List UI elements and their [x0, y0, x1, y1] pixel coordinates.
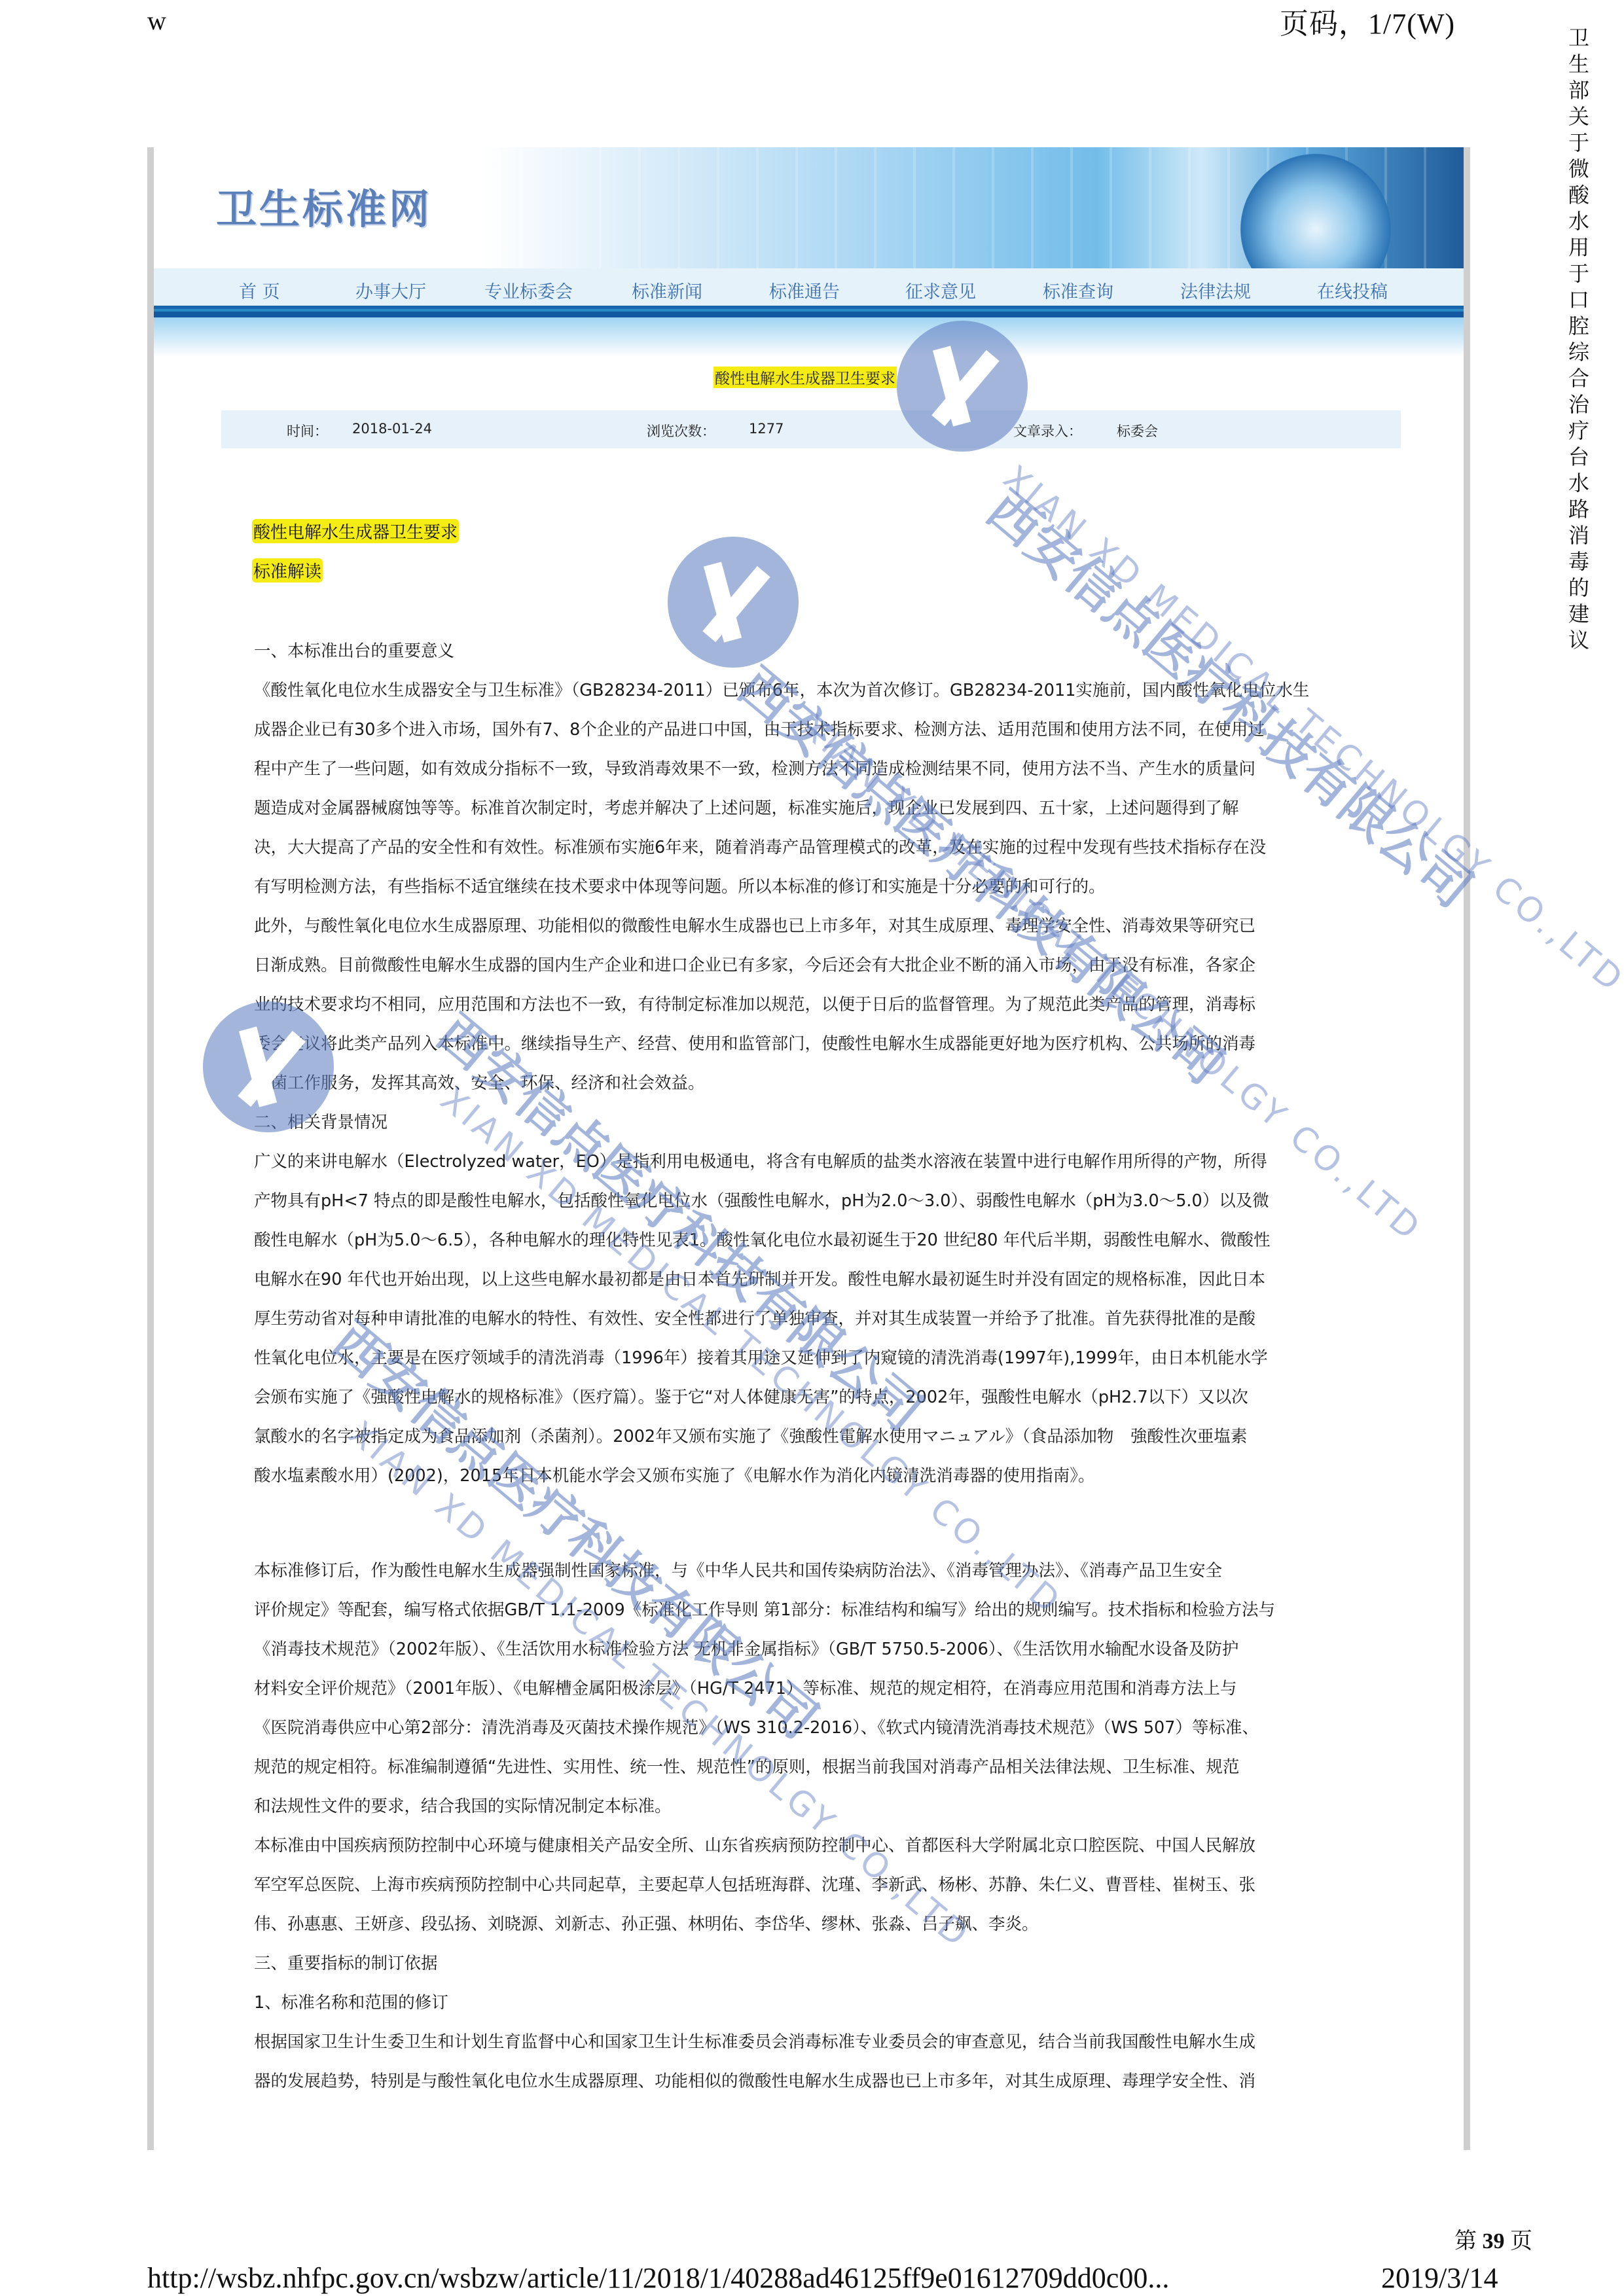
body-line: 酸性电解水（pH为5.0～6.5），各种电解水的理化特性见表1。酸性氧化电位水最…	[254, 1221, 1367, 1260]
nav-item-submit-online[interactable]: 在线投稿	[1317, 278, 1388, 303]
nav-gradient	[154, 317, 1464, 357]
print-header-left: w	[147, 5, 166, 36]
body-line: 委会建议将此类产品列入本标准中。继续指导生产、经营、使用和监管部门，使酸性电解水…	[254, 1024, 1367, 1064]
article-body-continued: 本标准修订后，作为酸性电解水生成器强制性国家标准，与《中华人民共和国传染病防治法…	[254, 1551, 1367, 2101]
body-line: 性氧化电位水，主要是在医疗领域手的清洗消毒（1996年）接着其用途又延伸到了内窥…	[254, 1338, 1367, 1378]
site-logo[interactable]: 卫生标准网	[216, 177, 432, 235]
body-line: 业的技术要求均不相同，应用范围和方法也不一致，有待制定标准加以规范，以便于日后的…	[254, 985, 1367, 1024]
page-number: 39	[1483, 2229, 1505, 2253]
body-line: 《酸性氧化电位水生成器安全与卫生标准》（GB28234-2011）已颁布6年，本…	[254, 671, 1367, 710]
nav-item-standard-query[interactable]: 标准查询	[1043, 278, 1113, 303]
body-line: 和法规性文件的要求，结合我国的实际情况制定本标准。	[254, 1787, 1367, 1826]
body-line: 有写明检测方法，有些指标不适宜继续在技术要求中体现等问题。所以本标准的修订和实施…	[254, 867, 1367, 906]
frame-right-border	[1464, 147, 1470, 2150]
body-line: 厚生劳动省对每种申请批准的电解水的特性、有效性、安全性都进行了单独审查，并对其生…	[254, 1299, 1367, 1338]
body-line: 器的发展趋势，特别是与酸性氧化电位水生成器原理、功能相似的微酸性电解水生成器也已…	[254, 2062, 1367, 2101]
body-line: 《消毒技术规范》（2002年版）、《生活饮用水标准检验方法 无机非金属指标》（G…	[254, 1630, 1367, 1669]
body-line: 会颁布实施了《强酸性电解水的规格标准》（医疗篇）。鉴于它“对人体健康无害”的特点…	[254, 1378, 1367, 1417]
print-page-number: 第 39 页	[1454, 2223, 1532, 2255]
views-label: 浏览次数：	[647, 421, 715, 440]
body-line: 日渐成熟。目前微酸性电解水生成器的国内生产企业和进口企业已有多家，今后还会有大批…	[254, 946, 1367, 985]
body-line: 氯酸水的名字被指定成为食品添加剂（杀菌剂）。2002年又颁布实施了《強酸性電解水…	[254, 1417, 1367, 1456]
body-line: 决，大大提高了产品的安全性和有效性。标准颁布实施6年来，随着消毒产品管理模式的改…	[254, 828, 1367, 867]
time-value: 2018-01-24	[352, 421, 432, 437]
nav-item-standard-notice[interactable]: 标准通告	[769, 278, 840, 303]
body-line: 评价规定》等配套，编写格式依据GB/T 1.1-2009《标准化工作导则 第1部…	[254, 1590, 1367, 1630]
body-line: 一、本标准出台的重要意义	[254, 632, 1367, 671]
article-body: 一、本标准出台的重要意义《酸性氧化电位水生成器安全与卫生标准》（GB28234-…	[254, 632, 1367, 1496]
body-line: 二、相关背景情况	[254, 1103, 1367, 1142]
main-nav: 首 页 办事大厅 专业标委会 标准新闻 标准通告 征求意见 标准查询 法律法规 …	[154, 268, 1464, 308]
body-line: 根据国家卫生计生委卫生和计划生育监督中心和国家卫生计生标准委员会消毒标准专业委员…	[254, 2022, 1367, 2062]
views-value: 1277	[749, 421, 784, 437]
nav-item-laws[interactable]: 法律法规	[1180, 278, 1251, 303]
print-footer-url: http://wsbz.nhfpc.gov.cn/wsbzw/article/1…	[147, 2261, 1169, 2295]
body-line: 本标准修订后，作为酸性电解水生成器强制性国家标准，与《中华人民共和国传染病防治法…	[254, 1551, 1367, 1590]
nav-stripe	[154, 306, 1464, 317]
print-header-page-indicator: 页码，1/7(W)	[1280, 0, 1455, 42]
nav-item-standard-news[interactable]: 标准新闻	[632, 278, 702, 303]
body-line: 三、重要指标的制订依据	[254, 1944, 1367, 1983]
nav-item-home[interactable]: 首 页	[239, 278, 280, 303]
body-line: 军空军总医院、上海市疾病预防控制中心共同起草，主要起草人包括班海群、沈瑾、李新武…	[254, 1865, 1367, 1905]
body-line: 酸水塩素酸水用）(2002)，2015年日本机能水学会又颁布实施了《电解水作为消…	[254, 1456, 1367, 1496]
body-line: 程中产生了一些问题，如有效成分指标不一致，导致消毒效果不一致，检测方法不同造成检…	[254, 749, 1367, 789]
body-line: 题造成对金属器械腐蚀等等。标准首次制定时，考虑并解决了上述问题，标准实施后，现企…	[254, 789, 1367, 828]
author-label: 文章录入：	[1013, 421, 1082, 440]
body-line: 产物具有pH<7 特点的即是酸性电解水，包括酸性氧化电位水（强酸性电解水，pH为…	[254, 1181, 1367, 1221]
body-line: 电解水在90 年代也开始出现，以上这些电解水最初都是由日本首先研制并开发。酸性电…	[254, 1260, 1367, 1299]
side-document-title: 卫生部关于微酸水用于口腔综合治疗台水路消毒的建议	[1564, 25, 1593, 653]
body-line: 此外，与酸性氧化电位水生成器原理、功能相似的微酸性电解水生成器也已上市多年，对其…	[254, 906, 1367, 946]
time-label: 时间：	[287, 421, 328, 440]
article-title: 酸性电解水生成器卫生要求	[713, 367, 897, 388]
body-line: 灭菌工作服务，发挥其高效、安全、环保、经济和社会效益。	[254, 1064, 1367, 1103]
frame-left-border	[147, 147, 154, 2150]
body-line: 1、标准名称和范围的修订	[254, 1983, 1367, 2022]
nav-item-service-hall[interactable]: 办事大厅	[355, 278, 426, 303]
print-footer-date: 2019/3/14	[1381, 2261, 1498, 2295]
body-line: 《医院消毒供应中心第2部分：清洗消毒及灭菌技术操作规范》（WS 310.2-20…	[254, 1708, 1367, 1748]
page-suffix: 页	[1505, 2229, 1533, 2253]
body-line: 规范的规定相符。标准编制遵循“先进性、实用性、统一性、规范性”的原则，根据当前我…	[254, 1748, 1367, 1787]
article-section-label: 标准解读	[252, 558, 323, 583]
article-meta-bar: 时间： 2018-01-24 浏览次数： 1277 文章录入： 标委会	[221, 410, 1401, 448]
body-line: 成器企业已有30多个进入市场，国外有7、8个企业的产品进口中国，由于技术指标要求…	[254, 710, 1367, 749]
article-subtitle: 酸性电解水生成器卫生要求	[252, 519, 459, 543]
nav-item-solicit-opinions[interactable]: 征求意见	[905, 278, 976, 303]
body-line: 本标准由中国疾病预防控制中心环境与健康相关产品安全所、山东省疾病预防控制中心、首…	[254, 1826, 1367, 1865]
nav-item-committee[interactable]: 专业标委会	[484, 278, 573, 303]
body-line: 广义的来讲电解水（Electrolyzed water，EO）是指利用电极通电，…	[254, 1142, 1367, 1181]
page-prefix: 第	[1454, 2229, 1483, 2253]
body-line: 伟、孙惠惠、王妍彦、段弘扬、刘晓源、刘新志、孙正强、林明佑、李岱华、缪林、张淼、…	[254, 1905, 1367, 1944]
body-line: 材料安全评价规范》（2001年版）、《电解槽金属阳极涂层》（HG/T 2471）…	[254, 1669, 1367, 1708]
author-value: 标委会	[1117, 421, 1158, 440]
